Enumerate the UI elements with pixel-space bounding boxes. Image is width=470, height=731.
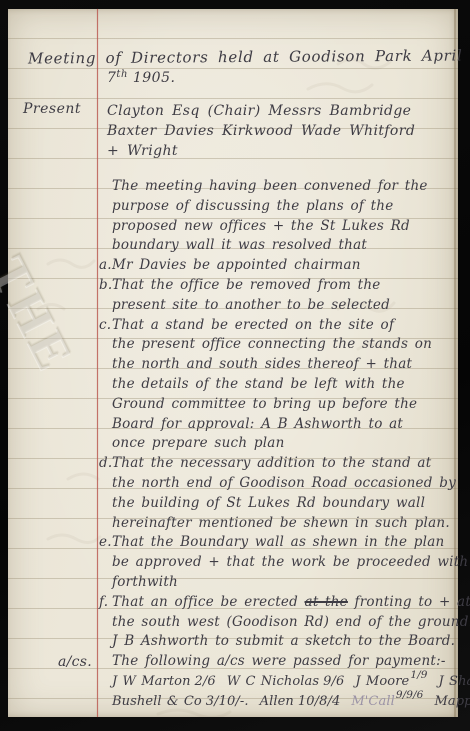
payment-name: J Moore	[355, 674, 409, 689]
payments-row-2: Bushell & Co3/10/-. Allen10/8/4 M'Call9/…	[112, 692, 464, 712]
minutes-body: The meeting having been convened for the…	[112, 177, 464, 712]
accounts-margin-label: a/cs.	[58, 654, 92, 670]
payment-name: Allen	[260, 694, 294, 709]
payment: Mappin2/10/6	[434, 692, 470, 712]
resolution-c-line: the present office connecting the stands…	[112, 335, 464, 355]
resolution-c-line: the north and south sides thereof + that	[112, 355, 464, 375]
resolution-text: That an office be erected	[112, 594, 305, 610]
item-letter-e: e.	[99, 533, 112, 553]
payment-name: J W Marton	[112, 674, 191, 689]
resolution-c-line: once prepare such plan	[112, 434, 464, 454]
attendees-line: + Wright	[107, 139, 457, 159]
payment-amount: 1/9	[410, 669, 427, 681]
minute-book-page: THE Meeting of Directors held at Goodiso…	[8, 9, 458, 717]
preamble-line: The meeting having been convened for the	[112, 177, 464, 197]
resolution-d-line: hereinafter mentioned be shewn in such p…	[112, 514, 464, 534]
struck-out-text: at the	[305, 594, 348, 610]
title-line: Meeting of Directors held at Goodison Pa…	[28, 46, 458, 67]
date-year: 1905.	[133, 70, 176, 86]
attendees-list: Clayton Esq (Chair) Messrs Bambridge Bax…	[107, 99, 457, 158]
payment: J Sharp8/10/-	[439, 672, 470, 692]
payment-amount: 2/6	[195, 674, 216, 689]
resolution-text: That the Boundary wall as shewn in the p…	[112, 534, 444, 550]
resolution-a-line: a.Mr Davies be appointed chairman	[112, 256, 464, 276]
date-line: 7th 1905.	[107, 70, 175, 86]
payment-name: Mappin	[434, 694, 470, 709]
resolution-f-line: the south west (Goodison Rd) end of the …	[112, 613, 464, 633]
resolution-f-line: f.That an office be erected at the front…	[112, 593, 464, 613]
item-letter-f: f.	[99, 593, 108, 613]
preamble-line: proposed new offices + the St Lukes Rd	[112, 217, 464, 237]
resolution-c-line: Board for approval: A B Ashworth to at	[112, 415, 464, 435]
payment-amount: 9/6	[323, 674, 344, 689]
resolution-e-line: e.That the Boundary wall as shewn in the…	[112, 533, 464, 553]
payment-amount: 9/9/6	[396, 689, 424, 701]
payment: Bushell & Co3/10/-.	[112, 692, 249, 712]
date-day: 7	[107, 70, 116, 86]
item-letter-a: a.	[99, 256, 112, 276]
preamble-line: boundary wall it was resolved that	[112, 236, 464, 256]
red-margin-line	[97, 9, 98, 717]
resolution-text: That a stand be erected on the site of	[112, 317, 394, 333]
item-letter-b: b.	[99, 276, 112, 296]
resolution-f-line: J B Ashworth to submit a sketch to the B…	[112, 632, 464, 652]
resolution-e-line: be approved + that the work be proceeded…	[112, 553, 464, 573]
resolution-b-line: b.That the office be removed from the	[112, 276, 464, 296]
attendees-line: Baxter Davies Kirkwood Wade Whitford	[107, 119, 457, 139]
resolution-b-line: present site to another to be selected	[112, 296, 464, 316]
payment-amount: 10/8/4	[298, 694, 340, 709]
embossed-stamp-watermark: THE	[0, 247, 85, 382]
resolution-d-line: the building of St Lukes Rd boundary wal…	[112, 494, 464, 514]
date-day-suffix: th	[116, 69, 127, 80]
payment: W C Nicholas9/6	[227, 672, 345, 692]
payment-name: W C Nicholas	[227, 674, 319, 689]
resolution-c-line: Ground committee to bring up before the	[112, 395, 464, 415]
payment-name: M'Call	[351, 694, 395, 709]
preamble-line: purpose of discussing the plans of the	[112, 197, 464, 217]
resolution-text: That the office be removed from the	[112, 277, 381, 293]
payment: Allen10/8/4	[260, 692, 341, 712]
item-letter-c: c.	[99, 316, 111, 336]
resolution-d-line: d.That the necessary addition to the sta…	[112, 454, 464, 474]
payment-name: J Sharp	[439, 674, 470, 689]
present-margin-label: Present	[23, 101, 81, 117]
payment-name: Bushell & Co	[112, 694, 202, 709]
attendees-line: Clayton Esq (Chair) Messrs Bambridge	[107, 99, 457, 119]
resolution-text: That the necessary addition to the stand…	[112, 455, 431, 471]
resolution-d-line: the north end of Goodison Road occasione…	[112, 474, 464, 494]
payment: M'Call9/9/6	[351, 692, 423, 712]
item-letter-d: d.	[99, 454, 112, 474]
resolution-e-line: forthwith	[112, 573, 464, 593]
resolution-c-line: the details of the stand be left with th…	[112, 375, 464, 395]
resolution-text: Mr Davies be appointed chairman	[112, 257, 361, 273]
resolution-text: fronting to + at	[348, 594, 470, 610]
resolution-c-line: c.That a stand be erected on the site of	[112, 316, 464, 336]
payment-amount: 3/10/-.	[206, 694, 249, 709]
payment: J W Marton2/6	[112, 672, 216, 692]
